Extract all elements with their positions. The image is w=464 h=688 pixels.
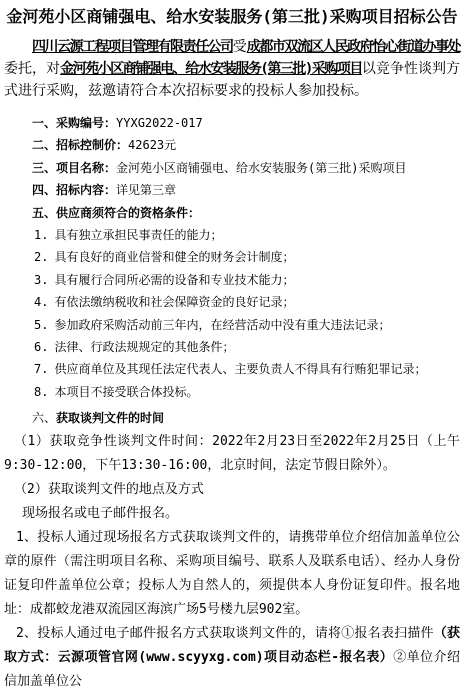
field-value: YYXG2022-017 bbox=[116, 116, 203, 130]
field-value: 金河苑小区商铺强电、给水安装服务(第三批)采购项目 bbox=[116, 161, 406, 175]
field-tender-content: 四、招标内容：详见第三章 bbox=[4, 179, 460, 201]
agency-name: 四川云源工程项目管理有限责任公司 bbox=[32, 39, 233, 55]
document-time-paragraph: （1）获取竞争性谈判文件时间：2022年2月23日至2022年2月25日（上午9… bbox=[4, 430, 460, 478]
item-number: 2. bbox=[34, 250, 48, 264]
field-label: 三、项目名称： bbox=[32, 161, 116, 175]
item-text: 具有履行合同所必需的设备和专业技术能力； bbox=[54, 273, 294, 287]
field-value: 42623 bbox=[128, 138, 164, 152]
qualification-item-4: 4.有依法缴纳税收和社会保障资金的良好记录； bbox=[4, 291, 460, 313]
qualification-item-3: 3.具有履行合同所必需的设备和专业技术能力； bbox=[4, 269, 460, 291]
field-label: 一、采购编号： bbox=[32, 116, 116, 130]
item-number: 5. bbox=[34, 318, 48, 332]
item-number: 7. bbox=[34, 362, 48, 376]
place-method-heading: （2）获取谈判文件的地点及方式 bbox=[4, 478, 460, 502]
item-text: 具有独立承担民事责任的能力； bbox=[54, 228, 222, 242]
intro-paragraph: 四川云源工程项目管理有限责任公司受成都市双流区人民政府怡心街道办事处委托，对金河… bbox=[4, 36, 460, 102]
tender-announcement-document: 金河苑小区商铺强电、给水安装服务(第三批)采购项目招标公告 四川云源工程项目管理… bbox=[0, 0, 464, 688]
email-paragraph-text: 2、投标人通过电子邮件报名方式获取谈判文件的，请将①报名表扫描件 bbox=[16, 626, 434, 641]
section6-heading: 六、获取谈判文件的时间 bbox=[4, 407, 460, 429]
item-text: 供应商单位及其现任法定代表人、主要负责人不得具有行贿犯罪记录； bbox=[54, 362, 426, 376]
qualification-item-5: 5.参加政府采购活动前三年内，在经营活动中没有重大违法记录； bbox=[4, 314, 460, 336]
item-text: 法律、行政法规规定的其他条件； bbox=[54, 340, 234, 354]
section6-body: （1）获取竞争性谈判文件时间：2022年2月23日至2022年2月25日（上午9… bbox=[4, 430, 460, 688]
item-text: 本项目不接受联合体投标。 bbox=[54, 385, 198, 399]
field-project-name: 三、项目名称：金河苑小区商铺强电、给水安装服务(第三批)采购项目 bbox=[4, 157, 460, 179]
field-label: 四、招标内容： bbox=[32, 183, 116, 197]
field-value: 详见第三章 bbox=[116, 183, 176, 197]
qualification-item-8: 8.本项目不接受联合体投标。 bbox=[4, 381, 460, 403]
field-control-price: 二、招标控制价：42623元 bbox=[4, 134, 460, 156]
field-label: 二、招标控制价： bbox=[32, 138, 128, 152]
item-text: 参加政府采购活动前三年内，在经营活动中没有重大违法记录； bbox=[54, 318, 390, 332]
onsite-registration-paragraph: 1、投标人通过现场报名方式获取谈判文件的，请携带单位介绍信加盖单位公章的原件（需… bbox=[4, 526, 460, 622]
email-registration-paragraph: 2、投标人通过电子邮件报名方式获取谈判文件的，请将①报名表扫描件（获取方式：云源… bbox=[4, 622, 460, 688]
intro-text: 受 bbox=[233, 39, 247, 55]
qualification-item-1: 1.具有独立承担民事责任的能力； bbox=[4, 224, 460, 246]
item-text: 有依法缴纳税收和社会保障资金的良好记录； bbox=[54, 295, 294, 309]
field-suffix: 元 bbox=[164, 138, 176, 152]
qualification-item-7: 7.供应商单位及其现任法定代表人、主要负责人不得具有行贿犯罪记录； bbox=[4, 358, 460, 380]
section6-heading-text: 获取谈判文件的时间 bbox=[56, 411, 164, 425]
item-text: 具有良好的商业信誉和健全的财务会计制度； bbox=[54, 250, 294, 264]
item-number: 4. bbox=[34, 295, 48, 309]
time-label: （1）获取竞争性谈判文件时间： bbox=[14, 434, 212, 449]
qualification-item-2: 2.具有良好的商业信誉和健全的财务会计制度； bbox=[4, 246, 460, 268]
item-number: 8. bbox=[34, 385, 48, 399]
page-title: 金河苑小区商铺强电、给水安装服务(第三批)采购项目招标公告 bbox=[4, 6, 460, 28]
project-name: 金河苑小区商铺强电、给水安装服务(第三批)采购项目 bbox=[60, 61, 362, 77]
section5-heading: 五、供应商须符合的资格条件： bbox=[4, 202, 460, 224]
intro-text: 委托，对 bbox=[4, 61, 60, 77]
field-procurement-number: 一、采购编号：YYXG2022-017 bbox=[4, 112, 460, 134]
item-number: 1. bbox=[34, 228, 48, 242]
qualification-item-6: 6.法律、行政法规规定的其他条件； bbox=[4, 336, 460, 358]
item-number: 3. bbox=[34, 273, 48, 287]
registration-method: 现场报名或电子邮件报名。 bbox=[4, 502, 460, 526]
purchaser-name: 成都市双流区人民政府怡心街道办事处 bbox=[247, 39, 460, 55]
section6-heading-prefix: 六、 bbox=[32, 411, 56, 425]
item-number: 6. bbox=[34, 340, 48, 354]
